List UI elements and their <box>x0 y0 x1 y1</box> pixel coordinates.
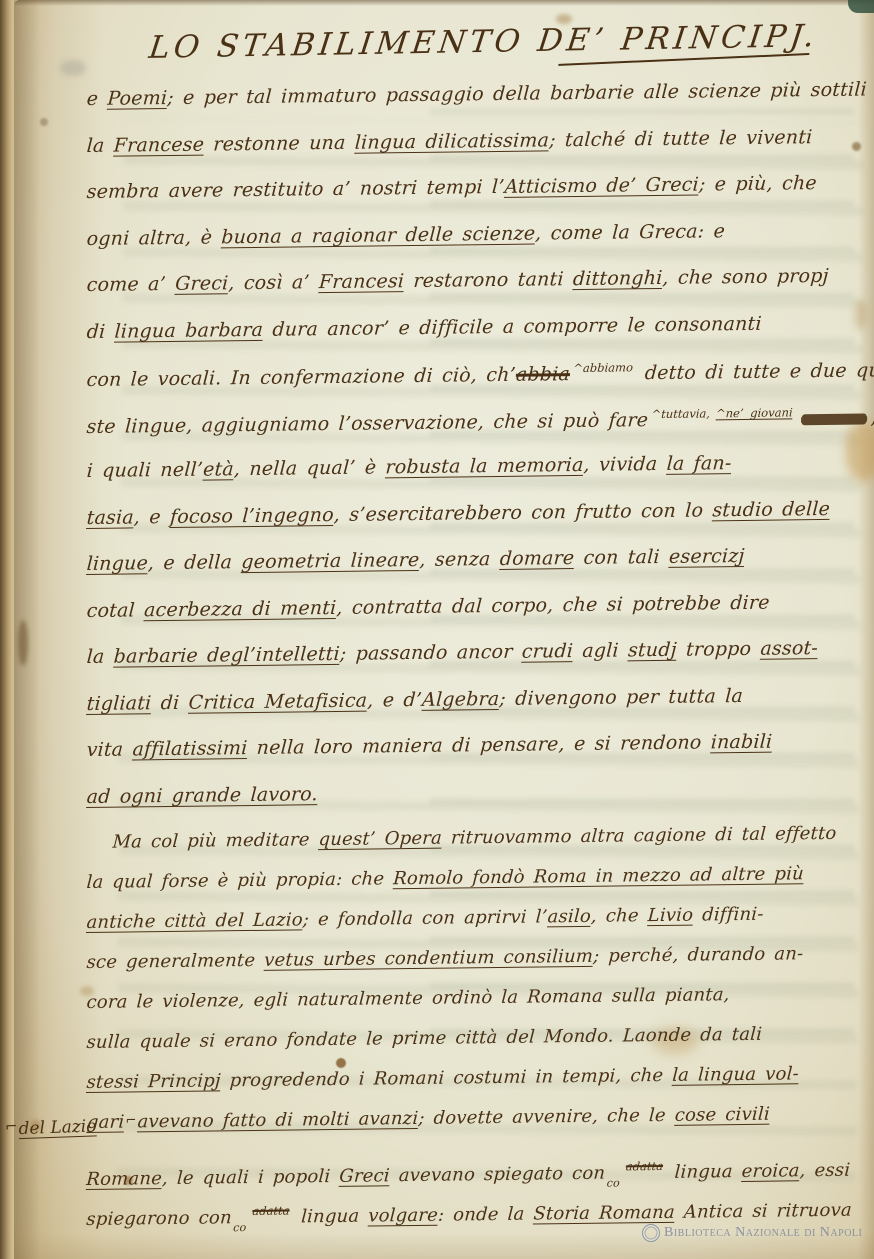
manuscript-text-segment: Francesi <box>318 270 404 293</box>
manuscript-text-segment: di <box>151 691 189 713</box>
manuscript-text-segment: , senza <box>419 548 501 571</box>
margin-note: ⌐del Lazio <box>4 1114 97 1139</box>
manuscript-text-segment: , e della <box>147 551 242 574</box>
manuscript-text-segment: studio delle <box>712 497 831 520</box>
manuscript-text-segment: restonne una <box>204 131 356 155</box>
manuscript-text-segment: la lingua vol- <box>672 1063 800 1086</box>
manuscript-text-segment: : onde la <box>437 1204 534 1226</box>
manuscript-text-segment: co <box>233 1221 247 1234</box>
manuscript-text-segment: , s’esercitarebbero con frutto con lo <box>333 499 713 526</box>
manuscript-text-segment: , che <box>590 905 648 927</box>
manuscript-text-segment: acerbezza di menti <box>143 596 337 620</box>
manuscript-text-segment: ^abbiamo <box>573 360 633 375</box>
manuscript-text-segment: Greci <box>339 1165 391 1187</box>
manuscript-text-segment: domare <box>499 547 575 570</box>
manuscript-text-segment: stessi Principj <box>86 1070 221 1093</box>
manuscript-text-segment: , le quali i popoli <box>161 1166 339 1189</box>
manuscript-text-segment: , come la Greca: e <box>535 220 726 244</box>
manuscript-text-segment: ; talché di tutte le viventi <box>549 126 814 151</box>
manuscript-text-segment: lingua dilicatissima <box>354 129 550 153</box>
manuscript-text-segment: geometria lineare <box>241 549 420 573</box>
manuscript-text-segment: la fan- <box>666 452 732 475</box>
manuscript-text-segment: cotal <box>86 599 145 622</box>
manuscript-page: LO STABILIMENTO DE’ PRINCIPJ. e Poemi; e… <box>0 0 874 1259</box>
manuscript-text-segment: cose civili <box>674 1104 770 1126</box>
manuscript-text-segment: ; passando ancor <box>339 641 522 665</box>
manuscript-text-segment: , così a’ <box>228 271 320 294</box>
manuscript-text-segment: avevano fatto di molti avanzi <box>137 1108 419 1132</box>
manuscript-text-segment: buona a ragionar delle scienze <box>221 222 536 248</box>
manuscript-text-segment: abbia <box>515 363 570 386</box>
manuscript-text-segment: Algebra <box>421 687 500 710</box>
manuscript-lines: e Poemi; e per tal immaturo passaggio de… <box>86 88 864 1246</box>
manuscript-text-segment: la <box>86 646 114 668</box>
manuscript-text-segment: Ma col più meditare <box>112 829 319 853</box>
manuscript-text-segment: lingue <box>86 552 149 575</box>
manuscript-text-segment: di <box>86 320 115 342</box>
manuscript-text-segment: ^tuttavia, <box>651 406 710 421</box>
manuscript-text-segment: come a’ <box>86 273 176 296</box>
manuscript-text-segment: affilatissimi <box>132 737 248 760</box>
manuscript-text-segment: Critica Metafisica <box>188 689 368 713</box>
manuscript-text-segment: dittonghi <box>572 267 663 290</box>
manuscript-text-segment: età <box>202 458 234 480</box>
manuscript-text-segment: tigliati <box>86 692 152 715</box>
manuscript-text-segment: la <box>86 134 114 156</box>
insertion-mark: ⌐ <box>5 1117 18 1135</box>
manuscript-text-segment: , contratta dal corpo, che si potrebbe d… <box>336 591 771 618</box>
manuscript-text-segment: , essi <box>799 1160 851 1182</box>
manuscript-text-segment: Romane <box>86 1168 163 1190</box>
margin-note-text: del Lazio <box>18 1116 96 1139</box>
manuscript-text-segment: sembra avere restituito a’ nostri tempi … <box>86 176 505 203</box>
manuscript-text-segment: , che sono propj <box>662 265 829 289</box>
manuscript-text-segment: ; e fondolla con aprirvi l’ <box>302 906 548 930</box>
manuscript-text-segment: Livio <box>647 905 694 927</box>
manuscript-text-segment: co <box>606 1176 620 1189</box>
manuscript-text-segment: Romolo fondò Roma in mezzo ad altre più <box>393 863 805 889</box>
manuscript-text-segment: ; e più, che <box>698 172 817 195</box>
manuscript-text-segment: Atticismo de’ Greci <box>504 174 700 198</box>
manuscript-text-segment: lingua barbara <box>114 318 264 342</box>
manuscript-text-segment: studj <box>627 639 677 662</box>
manuscript-text-segment: adatta <box>625 1159 663 1173</box>
manuscript-text-segment: avevano spiegato con <box>389 1163 606 1187</box>
manuscript-text-segment: , nella qual’ è <box>233 456 386 480</box>
paper-stain <box>40 118 48 126</box>
manuscript-text-segment: sce generalmente <box>86 950 265 973</box>
manuscript-text-segment: robusta la memoria <box>385 454 584 478</box>
manuscript-text-segment: adatta <box>252 1204 290 1218</box>
manuscript-text-segment: con le vocali. In confermazione di ciò, … <box>86 364 517 391</box>
paper-stain <box>18 620 28 666</box>
manuscript-text-segment: spiegarono con <box>86 1207 233 1230</box>
manuscript-text-segment: antiche città del Lazio <box>86 909 304 933</box>
manuscript-text-segment: , e <box>133 505 170 527</box>
manuscript-text-segment: ad ogni grande lavoro. <box>86 783 318 808</box>
manuscript-text-segment: tasia <box>86 506 134 529</box>
manuscript-text-segment: diffini- <box>693 904 765 926</box>
manuscript-text-segment: restarono tanti <box>404 268 574 292</box>
manuscript-text-segment: Antica si ritruova <box>674 1200 852 1223</box>
manuscript-text-segment: lingua <box>665 1161 742 1183</box>
manuscript-text-segment: ogni altra, è <box>86 226 222 250</box>
manuscript-text-segment: vita <box>86 738 133 761</box>
manuscript-text-segment: assot- <box>760 637 819 660</box>
manuscript-text-segment: ^ne’ giovani <box>716 405 793 420</box>
manuscript-text-segment: quest’ Opera <box>318 828 443 851</box>
corner-patch <box>848 0 874 13</box>
manuscript-text-segment: Greci <box>175 272 230 295</box>
manuscript-text-segment: eroica <box>741 1160 800 1182</box>
manuscript-line: gari⌐avevano fatto di molti avanzi; dove… <box>84 1102 866 1166</box>
manuscript-text-segment: detto di tutte e due que- <box>635 359 874 384</box>
manuscript-text-segment: ritruovammo altra cagione di tal effetto <box>441 823 837 849</box>
manuscript-text-segment: nella loro maniera di pensare, e si rend… <box>247 731 712 759</box>
manuscript-text-segment: Poemi <box>107 87 168 110</box>
manuscript-text-segment: agli <box>572 639 628 662</box>
manuscript-text-segment: crudi <box>521 640 574 663</box>
manuscript-text-segment: ste lingue, aggiugniamo l’osservazione, … <box>86 409 649 438</box>
manuscript-text-segment: , e d’ <box>367 688 423 711</box>
manuscript-text-segment: progredendo i Romani costumi in tempi, c… <box>220 1065 673 1092</box>
manuscript-text-segment: con tali <box>574 546 670 569</box>
manuscript-text-segment: ; divengono per tutta la <box>499 684 744 709</box>
manuscript-text-segment: Storia Romana <box>533 1202 676 1225</box>
manuscript-text-segment: troppo <box>676 638 761 661</box>
manuscript-text-segment: asilo <box>547 906 592 928</box>
manuscript-text-segment: volgare <box>368 1205 439 1227</box>
manuscript-text-segment: e <box>86 88 108 110</box>
manuscript-text-segment: lingua <box>292 1206 369 1228</box>
manuscript-text-segment: inabili <box>710 731 773 754</box>
manuscript-text-segment: focoso l’ingegno <box>169 503 334 527</box>
manuscript-text-segment: esercizj <box>668 545 745 568</box>
manuscript-text-segment: vetus urbes condentium consilium <box>264 946 594 971</box>
manuscript-text-segment: ⌐ <box>125 1113 137 1128</box>
manuscript-text-segment: i quali nell’ <box>86 459 204 482</box>
manuscript-text-segment: Francese <box>113 133 205 156</box>
manuscript-text-segment <box>801 414 868 424</box>
manuscript-text-segment: ; dovette avvenire, che le <box>418 1105 676 1129</box>
manuscript-text-segment: , vivida <box>583 453 667 476</box>
manuscript-text-segment: barbarie degl’intelletti <box>113 643 340 668</box>
manuscript-line: spiegarono concoadatta lingua volgare: o… <box>85 1196 866 1246</box>
paper-stain <box>60 60 86 76</box>
manuscript-text-segment: ; perché, durando an- <box>593 943 804 967</box>
manuscript-text-segment: la qual forse è più propia: che <box>86 868 394 893</box>
